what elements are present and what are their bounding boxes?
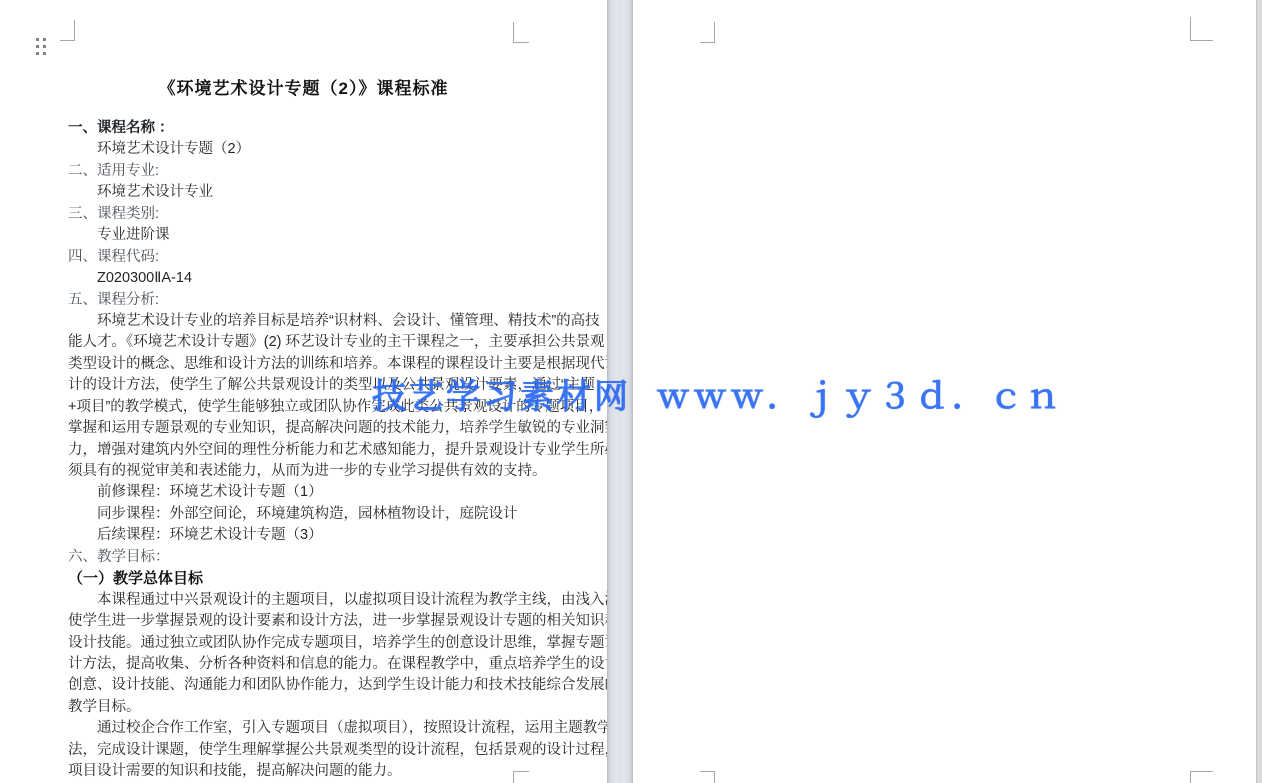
text-line: 三、课程类别: bbox=[68, 204, 538, 225]
text-line: 环境艺术设计专业 bbox=[68, 182, 538, 203]
text-line: 能人才。《环境艺术设计专题》(2) 环艺设计专业的主干课程之一，主要承担公共景观 bbox=[68, 332, 538, 353]
text-line: 使学生进一步掌握景观的设计要素和设计方法，进一步掌握景观设计专题的相关知识和 bbox=[68, 611, 538, 632]
margin-crop-mark bbox=[513, 22, 529, 43]
scrollbar-track[interactable] bbox=[1256, 0, 1262, 783]
text-line: 须具有的视觉审美和表述能力，从而为进一步的专业学习提供有效的支持。 bbox=[68, 461, 538, 482]
text-line: 五、课程分析: bbox=[68, 290, 538, 311]
text-line: 环境艺术设计专题（2） bbox=[68, 139, 538, 160]
text-line: 设计技能。通过独立或团队协作完成专题项目，培养学生的创意设计思维，掌握专题设 bbox=[68, 633, 538, 654]
text-line: +项目”的教学模式，使学生能够独立或团队协作完成此类公共景观设计的专题项目， bbox=[68, 397, 538, 418]
margin-crop-mark bbox=[700, 771, 715, 783]
text-line: 法，完成设计课题，使学生理解掌握公共景观类型的设计流程，包括景观的设计过程， bbox=[68, 740, 538, 761]
document-title: 《环境艺术设计专题（2）》课程标准 bbox=[0, 74, 607, 99]
text-line: 力，增强对建筑内外空间的理性分析能力和艺术感知能力，提升景观设计专业学生所必 bbox=[68, 440, 538, 461]
margin-crop-mark bbox=[700, 22, 715, 43]
text-line: 教学目标。 bbox=[68, 697, 538, 718]
text-line: 专业进阶课 bbox=[68, 225, 538, 246]
text-line: 掌握和运用专题景观的专业知识，提高解决问题的技术能力，培养学生敏锐的专业洞察 bbox=[68, 418, 538, 439]
text-line: 前修课程：环境艺术设计专题（1） bbox=[68, 482, 538, 503]
page-gutter bbox=[607, 0, 633, 783]
text-line: 项目设计需要的知识和技能，提高解决问题的能力。 bbox=[68, 761, 538, 782]
text-line: 环境艺术设计专业的培养目标是培养“识材料、会设计、懂管理、精技术”的高技 bbox=[68, 311, 538, 332]
margin-crop-mark bbox=[1190, 771, 1213, 783]
text-line: 计方法，提高收集、分析各种资料和信息的能力。在课程教学中，重点培养学生的设计 bbox=[68, 654, 538, 675]
text-line: 二、适用专业: bbox=[68, 161, 538, 182]
drag-handle-icon[interactable] bbox=[36, 38, 47, 56]
text-line: 同步课程：外部空间论，环境建筑构造，园林植物设计，庭院设计 bbox=[68, 504, 538, 525]
page1-text: 一、课程名称 ：环境艺术设计专题（2）二、适用专业:环境艺术设计专业三、课程类别… bbox=[68, 118, 538, 783]
margin-crop-mark bbox=[513, 771, 529, 783]
text-line: Z020300ⅡA-14 bbox=[68, 268, 538, 289]
text-line: 类型设计的概念、思维和设计方法的训练和培养。本课程的课程设计主要是根据现代设 bbox=[68, 354, 538, 375]
text-line: 通过校企合作工作室，引入专题项目（虚拟项目），按照设计流程，运用主题教学 bbox=[68, 718, 538, 739]
text-line: 四、课程代码: bbox=[68, 247, 538, 268]
text-line: 六、教学目标： bbox=[68, 547, 538, 568]
document-page-1: 《环境艺术设计专题（2）》课程标准 一、课程名称 ：环境艺术设计专题（2）二、适… bbox=[0, 0, 607, 783]
text-line: 计的设计方法，使学生了解公共景观设计的类型以及公共景观设计要素，通过“主题 bbox=[68, 375, 538, 396]
text-line: （一）教学总体目标 bbox=[68, 568, 538, 589]
margin-crop-mark bbox=[1190, 17, 1213, 41]
text-line: 一、课程名称 ： bbox=[68, 118, 538, 139]
text-line: 创意、设计技能、沟通能力和团队协作能力，达到学生设计能力和技术技能综合发展的 bbox=[68, 675, 538, 696]
margin-crop-mark bbox=[60, 20, 75, 41]
text-line: 本课程通过中兴景观设计的主题项目，以虚拟项目设计流程为教学主线，由浅入深， bbox=[68, 590, 538, 611]
document-page-2: 七、学时与学分：总学时：64 总学分：4其中理论学时：12 学分：0.75实践学… bbox=[633, 0, 1262, 783]
text-line: 后续课程：环境艺术设计专题（3） bbox=[68, 525, 538, 546]
